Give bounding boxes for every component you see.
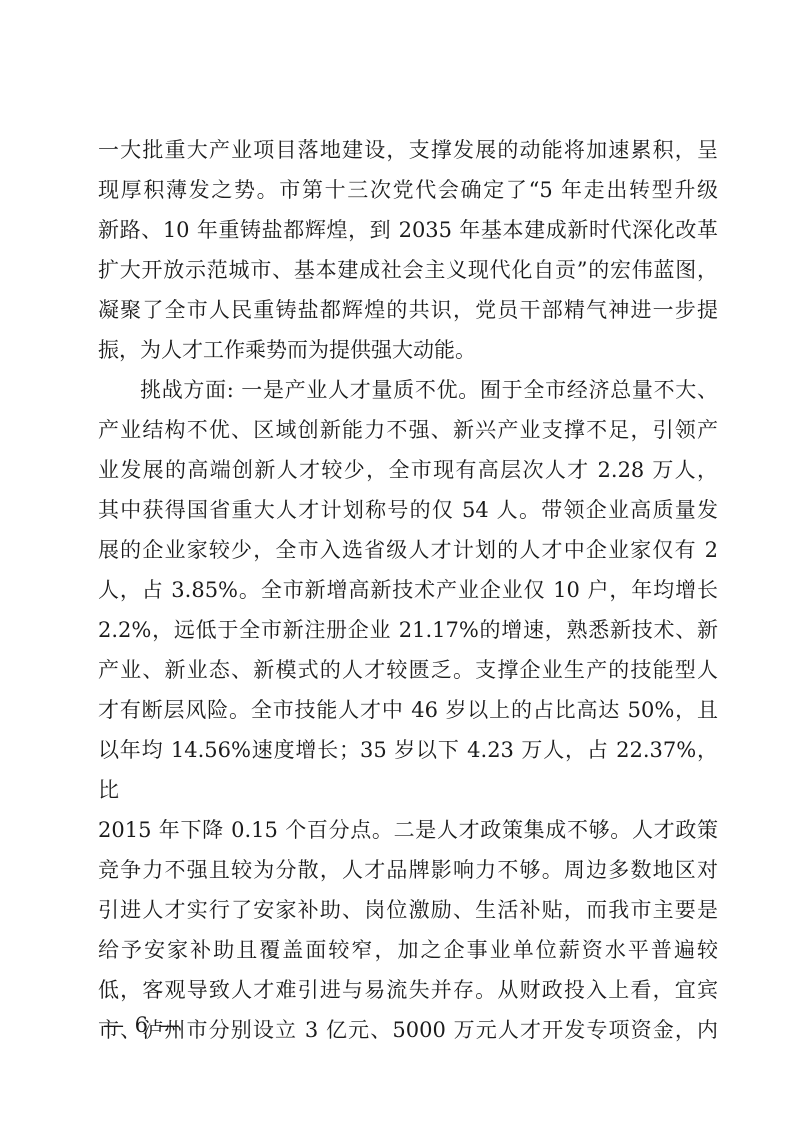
page-number: — 6 — [103,1012,182,1038]
text-line: 引进人才实行了安家补助、岗位激励、生活补贴，而我市主要是 [98,890,718,930]
text-line: 新路、10 年重铸盐都辉煌，到 2035 年基本建成新时代深化改革 [98,210,718,250]
text-line: 2.2%，远低于全市新注册企业 21.17%的增速，熟悉新技术、新 [98,610,718,650]
text-line: 一大批重大产业项目落地建设，支撑发展的动能将加速累积，呈 [98,130,718,170]
text-line: 低，客观导致人才难引进与易流失并存。从财政投入上看，宜宾 [98,970,718,1010]
paragraph-challenges: 挑战方面: 一是产业人才量质不优。囿于全市经济总量不大、 产业结构不优、区域创新… [98,370,718,1050]
text-line: 挑战方面: 一是产业人才量质不优。囿于全市经济总量不大、 [98,370,718,410]
text-line: 业发展的高端创新人才较少，全市现有高层次人才 2.28 万人， [98,450,718,490]
paragraph-continuation: 一大批重大产业项目落地建设，支撑发展的动能将加速累积，呈 现厚积薄发之势。市第十… [98,130,718,370]
text-line: 扩大开放示范城市、基本建成社会主义现代化自贡”的宏伟蓝图， [98,250,718,290]
text-line: 产业结构不优、区域创新能力不强、新兴产业支撑不足，引领产 [98,410,718,450]
text-line: 现厚积薄发之势。市第十三次党代会确定了“5 年走出转型升级 [98,170,718,210]
text-line: 人，占 3.85%。全市新增高新技术产业企业仅 10 户，年均增长 [98,570,718,610]
text-line: 竞争力不强且较为分散，人才品牌影响力不够。周边多数地区对 [98,850,718,890]
text-line: 其中获得国省重大人才计划称号的仅 54 人。带领企业高质量发 [98,490,718,530]
text-line: 凝聚了全市人民重铸盐都辉煌的共识，党员干部精气神进一步提 [98,290,718,330]
text-line: 给予安家补助且覆盖面较窄，加之企事业单位薪资水平普遍较 [98,930,718,970]
document-page: 一大批重大产业项目落地建设，支撑发展的动能将加速累积，呈 现厚积薄发之势。市第十… [0,0,800,1132]
text-line: 2015 年下降 0.15 个百分点。二是人才政策集成不够。人才政策 [98,810,718,850]
text-line: 振，为人才工作乘势而为提供强大动能。 [98,330,718,370]
text-line: 展的企业家较少，全市入选省级人才计划的人才中企业家仅有 2 [98,530,718,570]
text-line: 才有断层风险。全市技能人才中 46 岁以上的占比高达 50%，且 [98,690,718,730]
text-line: 以年均 14.56%速度增长；35 岁以下 4.23 万人，占 22.37%，比 [98,730,718,810]
text-line: 产业、新业态、新模式的人才较匮乏。支撑企业生产的技能型人 [98,650,718,690]
page-body: 一大批重大产业项目落地建设，支撑发展的动能将加速累积，呈 现厚积薄发之势。市第十… [98,130,718,1050]
text-line: 市、泸州市分别设立 3 亿元、5000 万元人才开发专项资金，内 [98,1010,718,1050]
